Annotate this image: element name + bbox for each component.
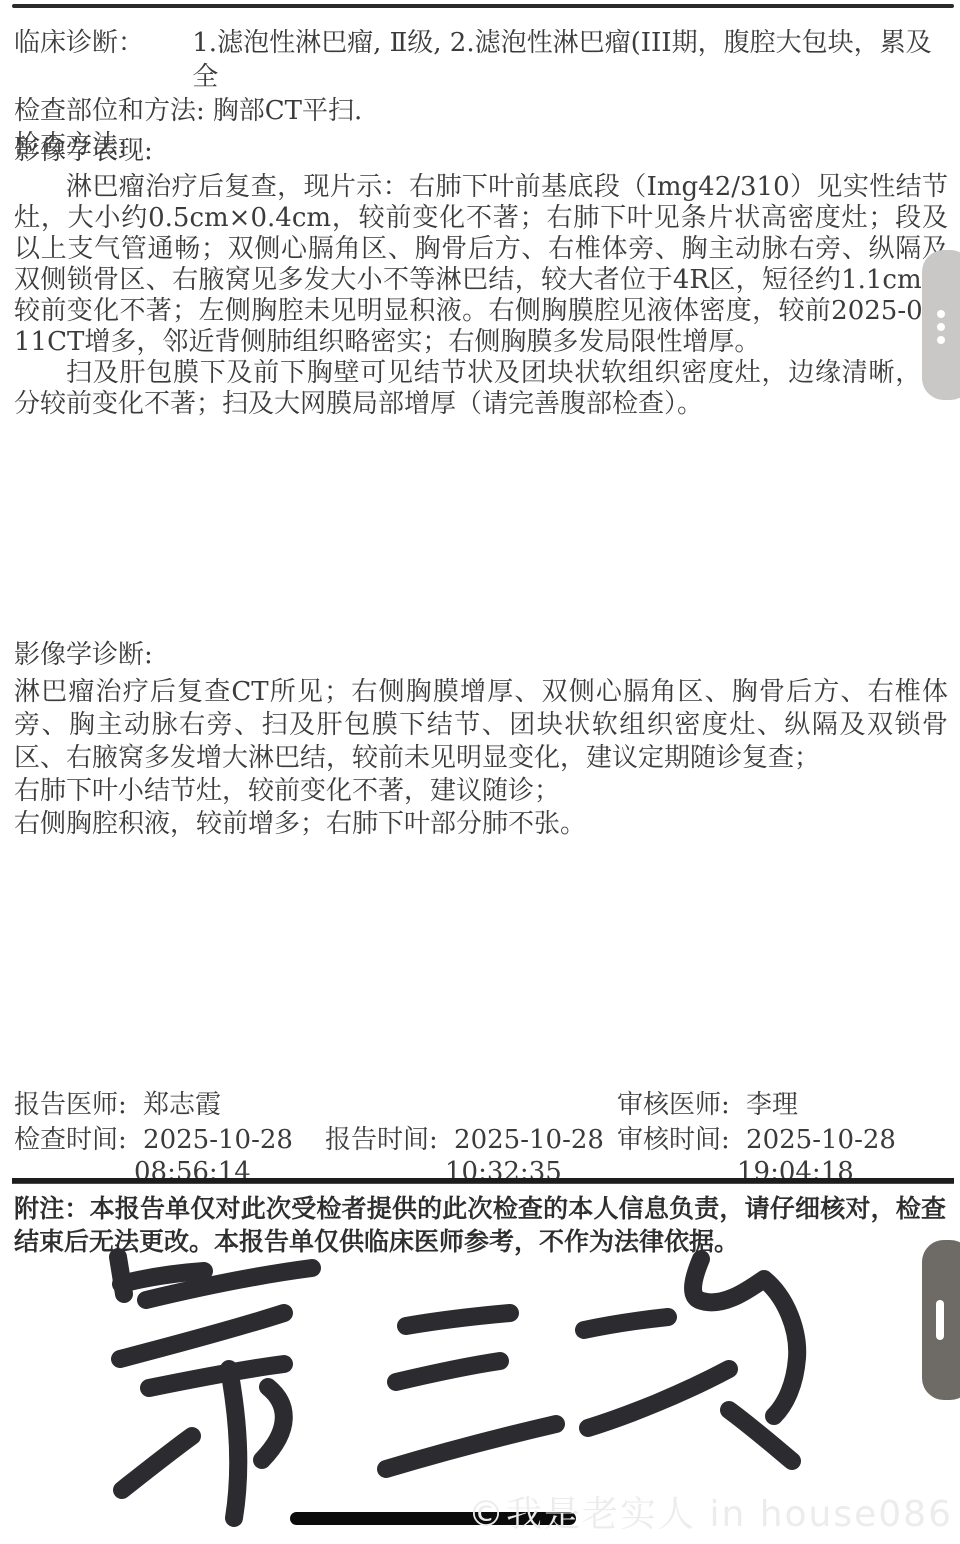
assistive-handle-button[interactable] [922,1240,960,1400]
exam-time-line: 检查时间: 2025-10-28 [14,1124,293,1156]
floating-menu-button[interactable] [922,250,960,400]
exam-site-value: 胸部CT平扫. [213,94,363,128]
report-time-date: 2025-10-28 [454,1125,604,1155]
review-time-label: 审核时间: [617,1125,730,1155]
ct-report-page: { "report": { "clinical_diagnosis_label"… [0,0,960,1544]
watermark-text: ©我是老实人 in house086 [468,1486,953,1537]
review-time-line: 审核时间: 2025-10-28 [617,1124,896,1156]
clinical-diagnosis-row: 临床诊断： 1.滤泡性淋巴瘤, Ⅱ级, 2.滤泡性淋巴瘤(III期，腹腔大包块，… [14,26,946,94]
exam-site-row: 检查部位和方法: 胸部CT平扫. [14,94,946,128]
report-time-label: 报告时间: [325,1125,438,1155]
report-doctor: 报告医师: 郑志霞 [14,1084,221,1121]
physicians-row: 报告医师: 郑志霞 审核医师: 李理 [0,1084,960,1120]
top-divider [12,4,954,8]
review-time-date: 2025-10-28 [746,1125,896,1155]
clinical-diagnosis-value: 1.滤泡性淋巴瘤, Ⅱ级, 2.滤泡性淋巴瘤(III期，腹腔大包块，累及全 [192,26,946,94]
report-doctor-label: 报告医师: [14,1090,127,1120]
findings-paragraph-1: 淋巴瘤治疗后复查，现片示：右肺下叶前基底段（Img42/310）见实性结节灶，大… [14,172,948,358]
exam-site-label: 检查部位和方法: [14,94,205,128]
vertical-bar-handle-icon [936,1300,944,1340]
report-time-line: 报告时间: 2025-10-28 [325,1124,604,1156]
imaging-findings-heading: 影像学表现: [14,136,948,166]
footnote-divider [12,1178,954,1184]
exam-time-date: 2025-10-28 [143,1125,293,1155]
diagnosis-paragraph-3: 右侧胸腔积液，较前增多；右肺下叶部分肺不张。 [14,808,948,841]
exam-time-label: 检查时间: [14,1125,127,1155]
footnote-text: 附注：本报告单仅对此次受检者提供的此次检查的本人信息负责，请仔细核对，检查结束后… [14,1192,946,1258]
imaging-diagnosis-heading: 影像学诊断: [14,640,948,670]
footnote-section: 附注：本报告单仅对此次受检者提供的此次检查的本人信息负责，请仔细核对，检查结束后… [14,1192,946,1258]
report-doctor-name: 郑志霞 [143,1090,221,1120]
findings-paragraph-2: 扫及肝包膜下及前下胸壁可见结节状及团块状软组织密度灶，边缘清晰，部分较前变化不著… [14,358,948,420]
imaging-findings-section: 影像学表现: 淋巴瘤治疗后复查，现片示：右肺下叶前基底段（Img42/310）见… [14,136,948,420]
clinical-diagnosis-label: 临床诊断： [14,26,192,60]
review-doctor: 审核医师: 李理 [617,1084,798,1121]
diagnosis-paragraph-1: 淋巴瘤治疗后复查CT所见；右侧胸膜增厚、双侧心膈角区、胸骨后方、右椎体旁、胸主动… [14,676,948,775]
review-doctor-name: 李理 [746,1090,798,1120]
imaging-diagnosis-section: 影像学诊断: 淋巴瘤治疗后复查CT所见；右侧胸膜增厚、双侧心膈角区、胸骨后方、右… [14,640,948,841]
diagnosis-paragraph-2: 右肺下叶小结节灶，较前变化不著，建议随诊； [14,775,948,808]
review-doctor-label: 审核医师: [617,1090,730,1120]
